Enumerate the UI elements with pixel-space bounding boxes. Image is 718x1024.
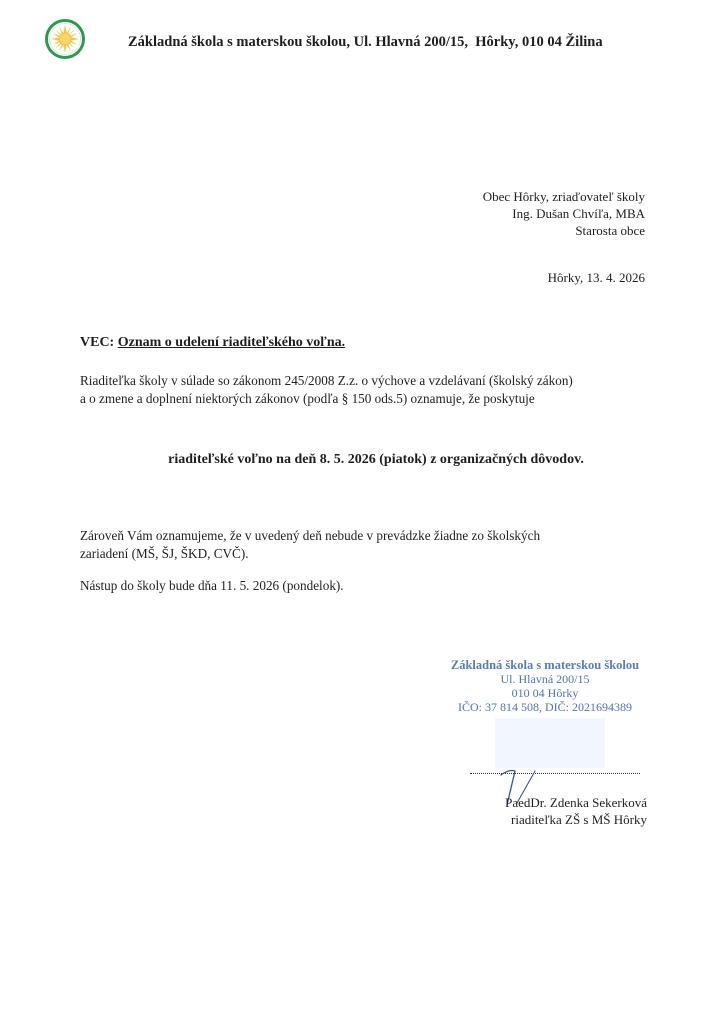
paragraph-line: a o zmene a doplnení niektorých zákonov … [80, 390, 573, 408]
paragraph-line: Zároveň Vám oznamujeme, že v uvedený deň… [80, 527, 540, 545]
stamp-ids: IČO: 37 814 508, DIČ: 2021694389 [430, 700, 660, 714]
signatory-role: riaditeľka ZŠ s MŠ Hôrky [430, 811, 647, 828]
signatory-name: PaedDr. Zdenka Sekerková [430, 794, 647, 811]
body-paragraph-1: Riaditeľka školy v súlade so zákonom 245… [80, 372, 573, 408]
signatory-block: PaedDr. Zdenka Sekerková riaditeľka ZŠ s… [430, 794, 660, 828]
recipient-line-name: Ing. Dušan Chvíľa, MBA [483, 205, 645, 222]
redacted-stamp-area [495, 718, 605, 768]
school-stamp: Základná škola s materskou školou Ul. Hl… [430, 658, 660, 714]
school-header-address: Základná škola s materskou školou, Ul. H… [128, 34, 603, 51]
stamp-title: Základná škola s materskou školou [430, 658, 660, 672]
stamp-street: Ul. Hlavná 200/15 [430, 672, 660, 686]
recipient-block: Obec Hôrky, zriaďovateľ školy Ing. Dušan… [483, 188, 645, 239]
body-paragraph-3: Nástup do školy bude dňa 11. 5. 2026 (po… [80, 578, 344, 594]
recipient-line-organization: Obec Hôrky, zriaďovateľ školy [483, 188, 645, 205]
subject-label: VEC: [80, 335, 118, 350]
paragraph-line: zariadení (MŠ, ŠJ, ŠKD, CVČ). [80, 545, 540, 563]
paragraph-line: Riaditeľka školy v súlade so zákonom 245… [80, 372, 573, 390]
highlight-announcement: riaditeľské voľno na deň 8. 5. 2026 (pia… [0, 452, 718, 468]
stamp-city: 010 04 Hôrky [430, 686, 660, 700]
letter-date: Hôrky, 13. 4. 2026 [548, 270, 645, 286]
subject-title: Oznam o udelení riaditeľského voľna. [118, 335, 345, 350]
subject-line: VEC: Oznam o udelení riaditeľského voľna… [80, 335, 345, 351]
recipient-line-title: Starosta obce [483, 222, 645, 239]
school-sun-logo-icon [45, 19, 85, 59]
body-paragraph-2: Zároveň Vám oznamujeme, že v uvedený deň… [80, 527, 540, 563]
